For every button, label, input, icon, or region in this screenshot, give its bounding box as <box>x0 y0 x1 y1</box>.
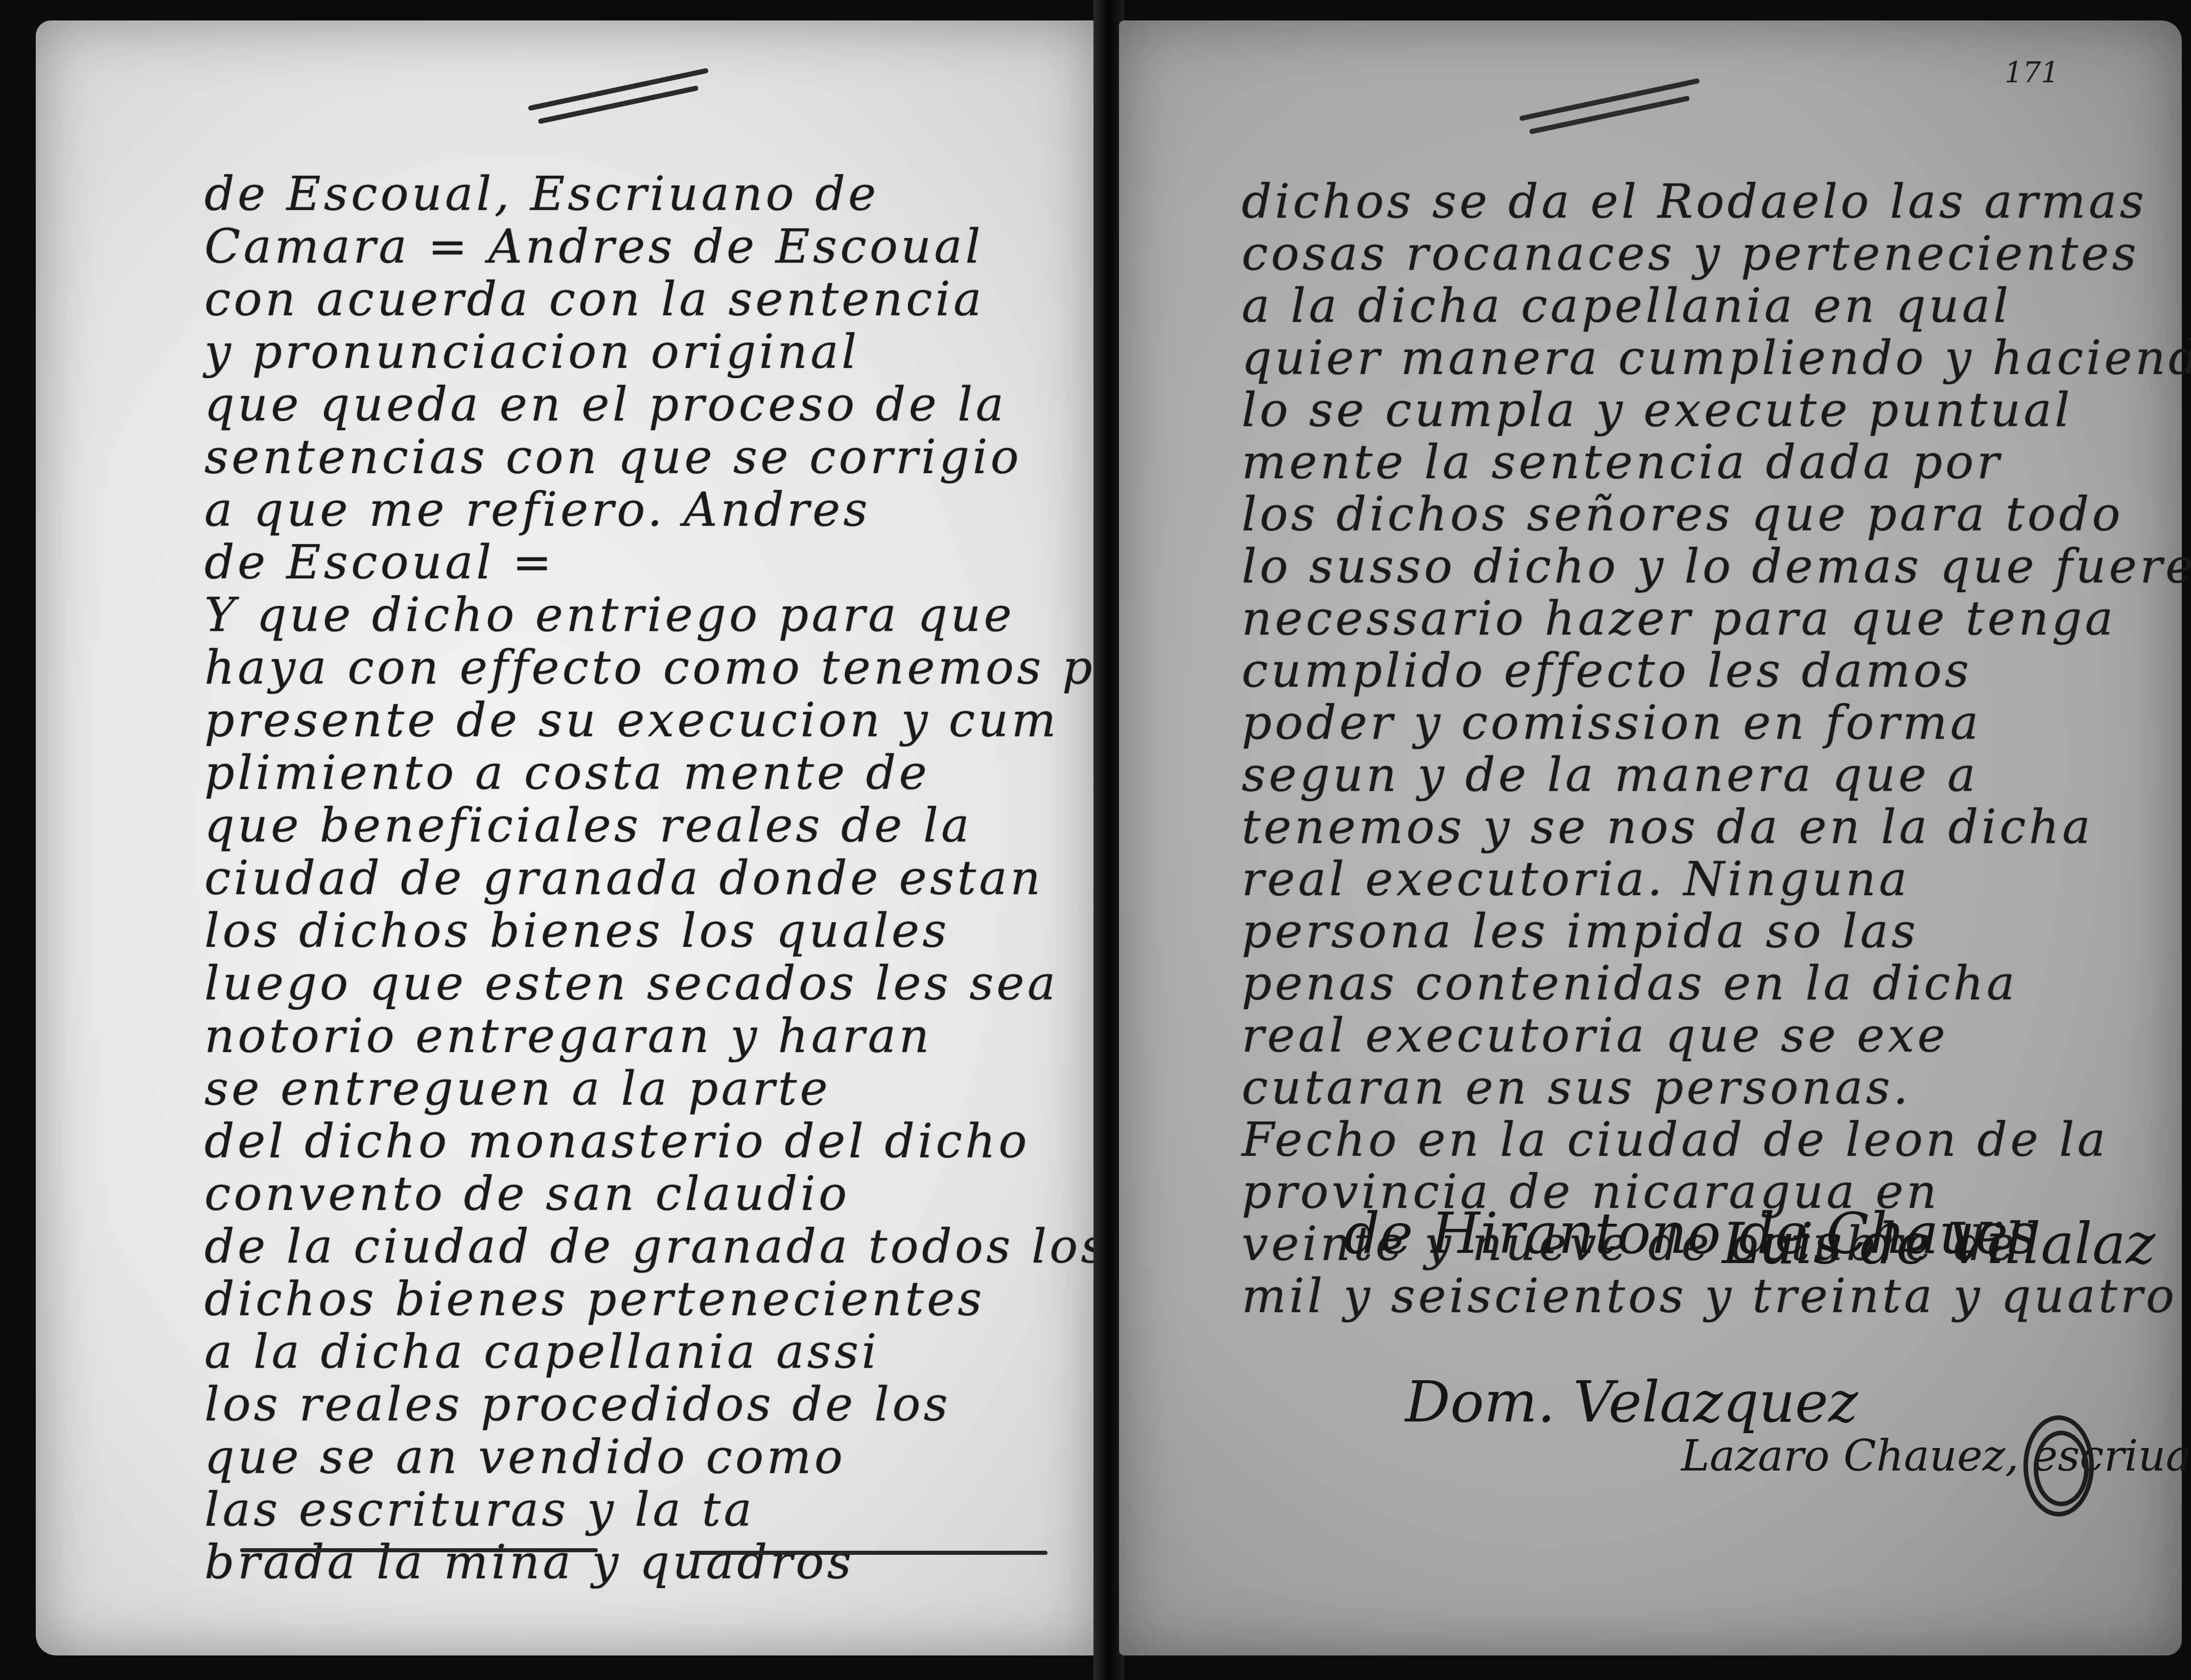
closing-rule <box>690 1551 1047 1555</box>
manuscript-line: con acuerda con la sentencia <box>204 274 1114 325</box>
manuscript-line: persona les impida so las <box>1242 906 2161 957</box>
manuscript-line: penas contenidas en la dicha <box>1242 958 2161 1009</box>
manuscript-line: y pronunciacion original <box>204 326 1114 378</box>
manuscript-line: a que me refiero. Andres <box>204 484 1114 535</box>
manuscript-line: presente de su execucion y cum <box>204 695 1114 746</box>
manuscript-line: real executoria que se exe <box>1242 1010 2161 1061</box>
manuscript-line: convento de san claudio <box>204 1169 1114 1220</box>
folio-number: 171 <box>2004 56 2059 89</box>
manuscript-line: cumplido effecto les damos <box>1242 645 2161 696</box>
manuscript-line: Camara = Andres de Escoual <box>204 221 1114 272</box>
left-page: de Escoual, Escriuano de Camara = Andres… <box>36 20 1099 1655</box>
manuscript-line: de la ciudad de granada todos los <box>204 1221 1114 1272</box>
manuscript-line: los reales procedidos de los <box>204 1379 1114 1430</box>
manuscript-line: necessario hazer para que tenga <box>1242 593 2161 644</box>
manuscript-line: mente la sentencia dada por <box>1242 437 2161 488</box>
manuscript-line: Fecho en la ciudad de leon de la <box>1242 1114 2161 1165</box>
manuscript-line: de Escoual = <box>204 537 1114 588</box>
manuscript-line: poder y comission en forma <box>1242 697 2161 749</box>
manuscript-line: notorio entregaran y haran <box>204 1011 1114 1062</box>
manuscript-line: lo se cumpla y execute puntual <box>1242 385 2161 436</box>
manuscript-line: cosas rocanaces y pertenecientes <box>1242 228 2161 279</box>
manuscript-line: tenemos y se nos da en la dicha <box>1242 802 2161 853</box>
manuscript-line: quier manera cumpliendo y haciendo <box>1242 333 2161 384</box>
manuscript-line: a la dicha capellania en qual <box>1242 281 2161 332</box>
right-page-text: dichos se da el Rodaelo las armas cosas … <box>1242 176 2161 1323</box>
signature-rubric-icon <box>2034 1431 2089 1506</box>
manuscript-line: a la dicha capellania assi <box>204 1326 1114 1378</box>
manuscript-line: se entreguen a la parte <box>204 1063 1114 1114</box>
manuscript-line: dichos se da el Rodaelo las armas <box>1242 176 2161 227</box>
manuscript-line: lo susso dicho y lo demas que fuere <box>1242 541 2161 592</box>
manuscript-line: que se an vendido como <box>204 1432 1114 1483</box>
manuscript-line: mil y seiscientos y treinta y quatro <box>1242 1271 2161 1322</box>
manuscript-line: los dichos bienes los quales <box>204 905 1114 956</box>
manuscript-line: dichos bienes pertenecientes <box>204 1274 1114 1325</box>
manuscript-line: brada la mina y quadros <box>204 1537 1114 1588</box>
signature: Lazaro Chauez, escriuano <box>1681 1431 2191 1481</box>
manuscript-line: los dichos señores que para todo <box>1242 489 2161 540</box>
signature: Luis de Villalaz <box>1722 1211 2155 1276</box>
manuscript-line: plimiento a costa mente de <box>204 748 1114 799</box>
manuscript-line: que beneficiales reales de la <box>204 800 1114 851</box>
manuscript-line: haya con effecto como tenemos por <box>204 642 1114 693</box>
left-page-text: de Escoual, Escriuano de Camara = Andres… <box>204 169 1114 1590</box>
manuscript-line: las escrituras y la ta <box>204 1484 1114 1535</box>
manuscript-line: cutaran en sus personas. <box>1242 1062 2161 1113</box>
closing-rule <box>240 1548 598 1552</box>
signature: Dom. Velazquez <box>1405 1369 1858 1435</box>
manuscript-line: Y que dicho entriego para que <box>204 590 1114 641</box>
right-page: 171 dichos se da el Rodaelo las armas co… <box>1119 20 2182 1655</box>
manuscript-line: segun y de la manera que a <box>1242 750 2161 801</box>
manuscript-line: que queda en el proceso de la <box>204 379 1114 430</box>
manuscript-line: sentencias con que se corrigio <box>204 432 1114 483</box>
manuscript-line: real executoria. Ninguna <box>1242 854 2161 905</box>
manuscript-line: luego que esten secados les sea <box>204 958 1114 1009</box>
manuscript-line: de Escoual, Escriuano de <box>204 169 1114 220</box>
manuscript-line: ciudad de granada donde estan <box>204 853 1114 904</box>
manuscript-line: del dicho monasterio del dicho <box>204 1116 1114 1167</box>
